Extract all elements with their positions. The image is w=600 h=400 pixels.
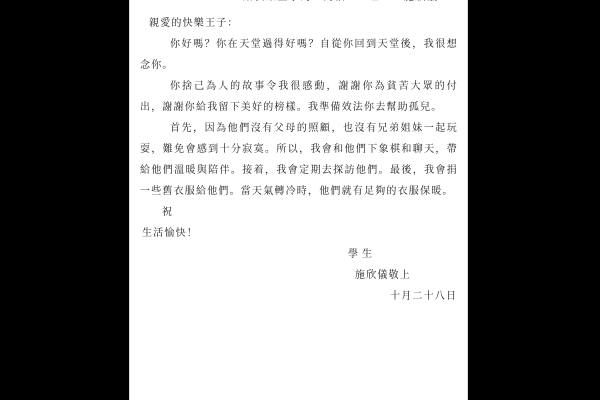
closing-wish: 生活愉快！ <box>140 223 458 244</box>
letter-salutation: 親愛的快樂王子： <box>140 13 458 34</box>
letter-paragraph-3: 首先，因為他們沒有父母的照顧，也沒有兄弟姐妹一起玩耍，難免會感到十分寂寞。所以，… <box>140 118 458 202</box>
letter-content: 親愛的快樂王子： 你好嗎？你在天堂過得好嗎？自從你回到天堂後，我很想念你。 你捨… <box>140 13 458 307</box>
closing-word: 祝 <box>140 202 458 223</box>
scanned-letter-view: 給快樂王子的一封信 三乙 施欣儀 親愛的快樂王子： 你好嗎？你在天堂過得好嗎？自… <box>0 0 600 400</box>
letter-paragraph-2: 你捨己為人的故事令我很感動，謝謝你為貧苦大眾的付出，謝謝你給我留下美好的榜樣。我… <box>140 76 458 118</box>
letter-date: 十月二十八日 <box>140 286 458 307</box>
clipped-title-line: 給快樂王子的一封信 三乙 施欣儀 <box>243 0 439 3</box>
signature-role: 學生 <box>140 244 458 265</box>
letter-paper: 給快樂王子的一封信 三乙 施欣儀 親愛的快樂王子： 你好嗎？你在天堂過得好嗎？自… <box>129 0 468 400</box>
letter-paragraph-1: 你好嗎？你在天堂過得好嗎？自從你回到天堂後，我很想念你。 <box>140 34 458 76</box>
signature-name: 施欣儀敬上 <box>140 265 458 286</box>
